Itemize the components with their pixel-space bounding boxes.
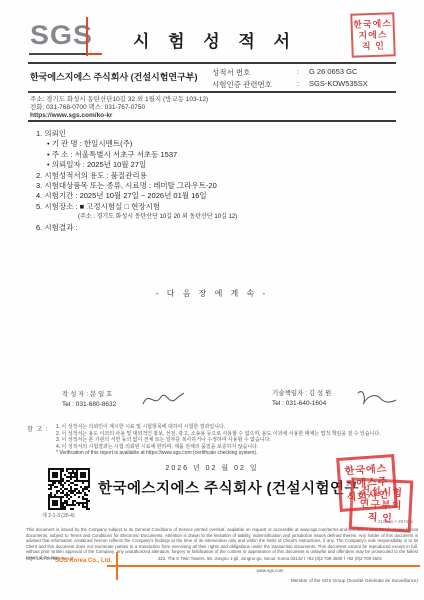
body-line-client-section: 1. 의뢰인	[36, 129, 386, 139]
notes-list: 1. 이 성적서는 의뢰인이 제시한 시료 및 시험항목에 대하여 시험한 결과…	[56, 424, 416, 457]
colon: :	[297, 67, 309, 78]
logo-underline-red	[87, 53, 102, 55]
body-line-purpose: 2. 시험성적서의 용도 : 품질관리용	[36, 171, 386, 181]
divider	[28, 120, 396, 122]
author-signature-mark	[140, 387, 186, 411]
report-number-value: G 26 0653 GC	[309, 67, 357, 78]
body-line-test-period: 4. 시험기간 : 2025년 10월 27일 ~ 2026년 01월 16일	[36, 191, 386, 201]
colon: :	[297, 79, 309, 90]
body-line-client-address: • 주 소 : 서울특별시 서초구 서초동 1537	[36, 150, 386, 160]
ref-number-row: 시험인증 관련번호 : SGS-KOW535SX	[212, 79, 396, 90]
lab-address: 주소: 경기도 화성시 동탄산단10길 32 외 1필지 (방교동 103-12…	[30, 96, 208, 104]
approver-signature-mark	[354, 385, 398, 411]
issuing-lab-name: 한국에스지에스 주식회사 (건설시험연구부)	[30, 70, 198, 83]
body-line-test-location: 5. 시험장소 : ■ 고정시험실 □ 현장시험	[36, 202, 386, 212]
qr-code	[48, 468, 90, 510]
lab-address-block: 주소: 경기도 화성시 동탄산단10길 32 외 1필지 (방교동 103-12…	[30, 96, 208, 120]
corner-seal-stamp: 한국에스 지에스 직 인	[350, 12, 396, 58]
author-signature-block: 작 성 자 : 문 일 호 Tel : 031-680-8632	[62, 390, 116, 409]
report-number-row: 성적서 번호 : G 26 0653 GC	[212, 67, 396, 78]
approver-name: 기술책임자 : 김 성 원	[272, 389, 331, 399]
report-page: SGS 시 험 성 적 서 한국에스 지에스 직 인 한국에스지에스 주식회사 …	[0, 0, 424, 600]
body-line-sample-name: 3. 시험대상품목 또는 종류, 시료명 : 레미탈 그라우트-20	[36, 181, 386, 191]
ref-number-value: SGS-KOW535SX	[309, 79, 368, 90]
author-tel: Tel : 031-680-8632	[62, 400, 116, 410]
ref-number-label: 시험인증 관련번호	[212, 79, 297, 90]
lab-phone: 전화: 031-768-0700 팩스: 031-767-0750	[30, 104, 208, 112]
form-number: 제 2-1-3 (20-4)	[42, 512, 75, 519]
author-name: 작 성 자 : 문 일 호	[62, 390, 116, 400]
notes-label: 참 고 :	[27, 424, 49, 433]
body-line-request-date: • 의뢰일자 : 2025년 10월 27일	[36, 160, 386, 170]
divider	[28, 62, 396, 64]
continued-next-page-marker: - 다 음 장 에 계 속 -	[0, 288, 424, 299]
body-line-location-address: (주소 : 경기도 화성시 동탄산단 10길 20 외 동탄산단 10길 12)	[36, 212, 386, 222]
body-line-test-results: 6. 시험결과 :	[36, 223, 386, 233]
lab-website: https://www.sgs.com/ko-kr	[30, 112, 208, 120]
report-number-label: 성적서 번호	[212, 67, 297, 78]
report-body-list: 1. 의뢰인 • 기 관 명 : 한일시멘트(주) • 주 소 : 서울특별시 …	[36, 129, 386, 233]
footer-website: www.sgs.com	[122, 568, 418, 573]
issuing-company-name: 한국에스지에스 주식회사 (건설시험연구	[98, 477, 359, 498]
corner-seal-row: 직 인	[362, 40, 385, 52]
approver-signature-block: 기술책임자 : 김 성 원 Tel : 031-640-1604	[272, 389, 331, 408]
logo-underline	[29, 53, 86, 55]
footer-company-name: SGS Korea Co., Ltd.	[55, 558, 112, 564]
footer-address: 322, The K Twin Towers, 50, Jongno 1-gil…	[122, 556, 418, 561]
divider	[28, 91, 396, 93]
footer-member-line: Member of the SGS Group (Société Général…	[160, 578, 418, 583]
body-line-client-name: • 기 관 명 : 한일시멘트(주)	[36, 139, 386, 149]
seal-row: 식회사인	[342, 488, 395, 505]
approver-tel: Tel : 031-640-1604	[272, 399, 331, 409]
footer-divider-horizontal	[107, 565, 420, 567]
company-seal-stamp: 한국에스 지에스주 식회사인	[336, 454, 398, 512]
seal-row: 직 인	[352, 510, 409, 526]
